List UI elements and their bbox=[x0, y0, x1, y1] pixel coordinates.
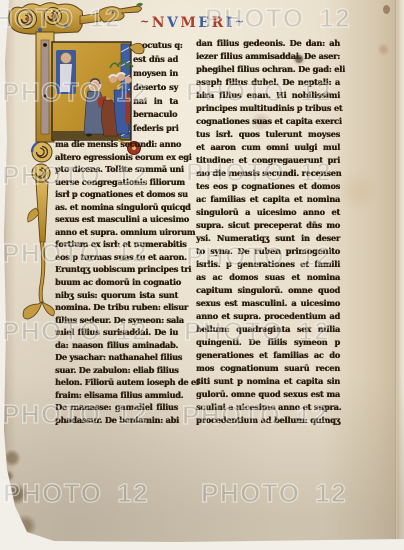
text-line: pto dicens. Tollite summā uni bbox=[55, 163, 178, 176]
scanned-page: ~NVMERI~ ocutus q:est dn̄s admoysen inde… bbox=[0, 0, 404, 550]
text-line: as ac domos suas et nomina bbox=[196, 271, 340, 284]
text-line: sexus est masculini a uicesimo bbox=[55, 213, 178, 226]
text-line: tes eos p cognationes et domos bbox=[196, 180, 340, 193]
text-line: bernaculo bbox=[133, 108, 178, 122]
text-line: et aaron cum omni uulgi mul bbox=[196, 141, 340, 154]
text-line: anno et supra. omnium uirorum bbox=[55, 226, 178, 239]
text-line: siti sunt p nomina et capita sin bbox=[196, 375, 340, 388]
title-letter: R bbox=[212, 16, 226, 30]
text-line: De ysachar: nathanahel filius bbox=[55, 351, 178, 364]
text-line: iezer filius ammisaddai. De aser: bbox=[196, 50, 340, 63]
text-line: uerse congregationis filiorum bbox=[55, 176, 178, 189]
text-line: mos cognationum suarū recen bbox=[196, 362, 340, 375]
text-line: buum ac domorū in cognatio bbox=[55, 276, 178, 289]
parchment-stain bbox=[340, 165, 376, 217]
text-line: principes multitudinis p tribus et bbox=[196, 102, 340, 115]
title-flourish: ~ bbox=[140, 15, 152, 28]
text-line: gulorū. omne quod sexus est ma bbox=[196, 388, 340, 401]
text-line: deserto sy bbox=[133, 81, 178, 95]
text-line: tus isrł. quos tulerunt moyses bbox=[196, 128, 340, 141]
text-column-left-opening: ocutus q:est dn̄s admoysen indeserto syn… bbox=[133, 39, 178, 136]
text-line: ac familias et capita et nomina bbox=[196, 193, 340, 206]
text-line: bellum: quadraginta sex milia bbox=[196, 323, 340, 336]
text-line: mo die mensis secundi. recensen bbox=[196, 167, 340, 180]
text-line: dan filius gedeonis. De dan: ah bbox=[196, 37, 340, 50]
angel-figure bbox=[56, 50, 76, 94]
text-line: Eruntqʒ uobiscum principes tri bbox=[55, 263, 178, 276]
title-flourish: ~ bbox=[235, 15, 247, 28]
text-line: as. et nomina singulorū quicqd bbox=[55, 201, 178, 214]
text-line: singulorū a uicesimo anno et bbox=[196, 206, 340, 219]
text-line: capitum singulorū. omne quod bbox=[196, 284, 340, 297]
text-line: ocutus q: bbox=[133, 39, 178, 53]
title-letter: V bbox=[167, 16, 180, 30]
text-line: hira filius enan. Hi nobilissimi bbox=[196, 89, 340, 102]
text-line: est dn̄s ad bbox=[133, 53, 178, 67]
text-line: suar. De zabulon: eliab filius bbox=[55, 364, 178, 377]
title-letter: I bbox=[226, 16, 235, 30]
dragon-head-icon bbox=[80, 3, 143, 24]
text-line: anno et supra. procedentium ad bbox=[196, 310, 340, 323]
text-line: nomina. De tribu ruben: elisur bbox=[55, 301, 178, 314]
text-line: supra. sicut preceperat dn̄s mo bbox=[196, 219, 340, 232]
torn-corner bbox=[0, 430, 70, 545]
title-letter: M bbox=[180, 16, 198, 30]
text-line: quingenti. De filiis symeon p bbox=[196, 336, 340, 349]
title-letter: E bbox=[198, 16, 211, 30]
text-line: phegihel filius ochran. De gad: eli bbox=[196, 63, 340, 76]
text-line: fraim: elisama filius ammiud. bbox=[55, 389, 178, 402]
text-line: isrł p cognationes et domos su bbox=[55, 188, 178, 201]
text-line: filius sedeur. De symeon: sala bbox=[55, 314, 178, 327]
text-column-left: ma die mensis secundi: annoaltero egress… bbox=[55, 138, 178, 427]
text-line: federis pri bbox=[133, 122, 178, 136]
text-line: fortium ex isrł: et numerabitis bbox=[55, 238, 178, 251]
manuscript-leaf: ~NVMERI~ ocutus q:est dn̄s admoysen inde… bbox=[0, 0, 404, 550]
text-line: moysen in bbox=[133, 67, 178, 81]
initial-top-bar bbox=[9, 3, 83, 34]
page-crease bbox=[395, 0, 397, 540]
ink-bleedthrough bbox=[378, 42, 389, 57]
text-line: titudine: et congregauerunt pri bbox=[196, 154, 340, 167]
text-line: isrłis. p generationes et famili bbox=[196, 258, 340, 271]
title-letter: N bbox=[152, 16, 167, 30]
initial-descender bbox=[23, 142, 54, 319]
text-line: miel filius surisaddai. De iu bbox=[55, 326, 178, 339]
text-line: sexus est masculini. a uicesimo bbox=[196, 297, 340, 310]
text-line: cognationes suas et capita exerci bbox=[196, 115, 340, 128]
text-column-right: dan filius gedeonis. De dan: ahiezer fil… bbox=[196, 37, 340, 427]
text-line: nai in ta bbox=[133, 95, 178, 109]
text-line: eos p turmas suas tu et aaron. bbox=[55, 251, 178, 264]
text-line: helon. Filiorū autem ioseph de ef bbox=[55, 376, 178, 389]
text-line: to syna. De ruben primogenito bbox=[196, 245, 340, 258]
corner-stain bbox=[383, 5, 390, 14]
text-line: nibʒ suis: quorum ista sunt bbox=[55, 289, 178, 302]
text-line: De manasse: gamaliel filius bbox=[55, 401, 178, 414]
text-line: procedentium ad bellum: quinqʒ bbox=[196, 414, 340, 427]
text-line: generationes et familias ac do bbox=[196, 349, 340, 362]
text-line: sculini a uicesimo anno et supra. bbox=[196, 401, 340, 414]
text-line: asaph filius duhel. De neptali: a bbox=[196, 76, 340, 89]
book-title-numeri: ~NVMERI~ bbox=[140, 12, 270, 34]
text-line: ma die mensis secundi: anno bbox=[55, 138, 178, 151]
text-line: altero egressionis eorum ex egi bbox=[55, 151, 178, 164]
text-line: phadassur. De beniamin: abi bbox=[55, 414, 178, 427]
text-line: ysi. Numeratiqʒ sunt in deser bbox=[196, 232, 340, 245]
text-line: da: naason filius aminadab. bbox=[55, 339, 178, 352]
